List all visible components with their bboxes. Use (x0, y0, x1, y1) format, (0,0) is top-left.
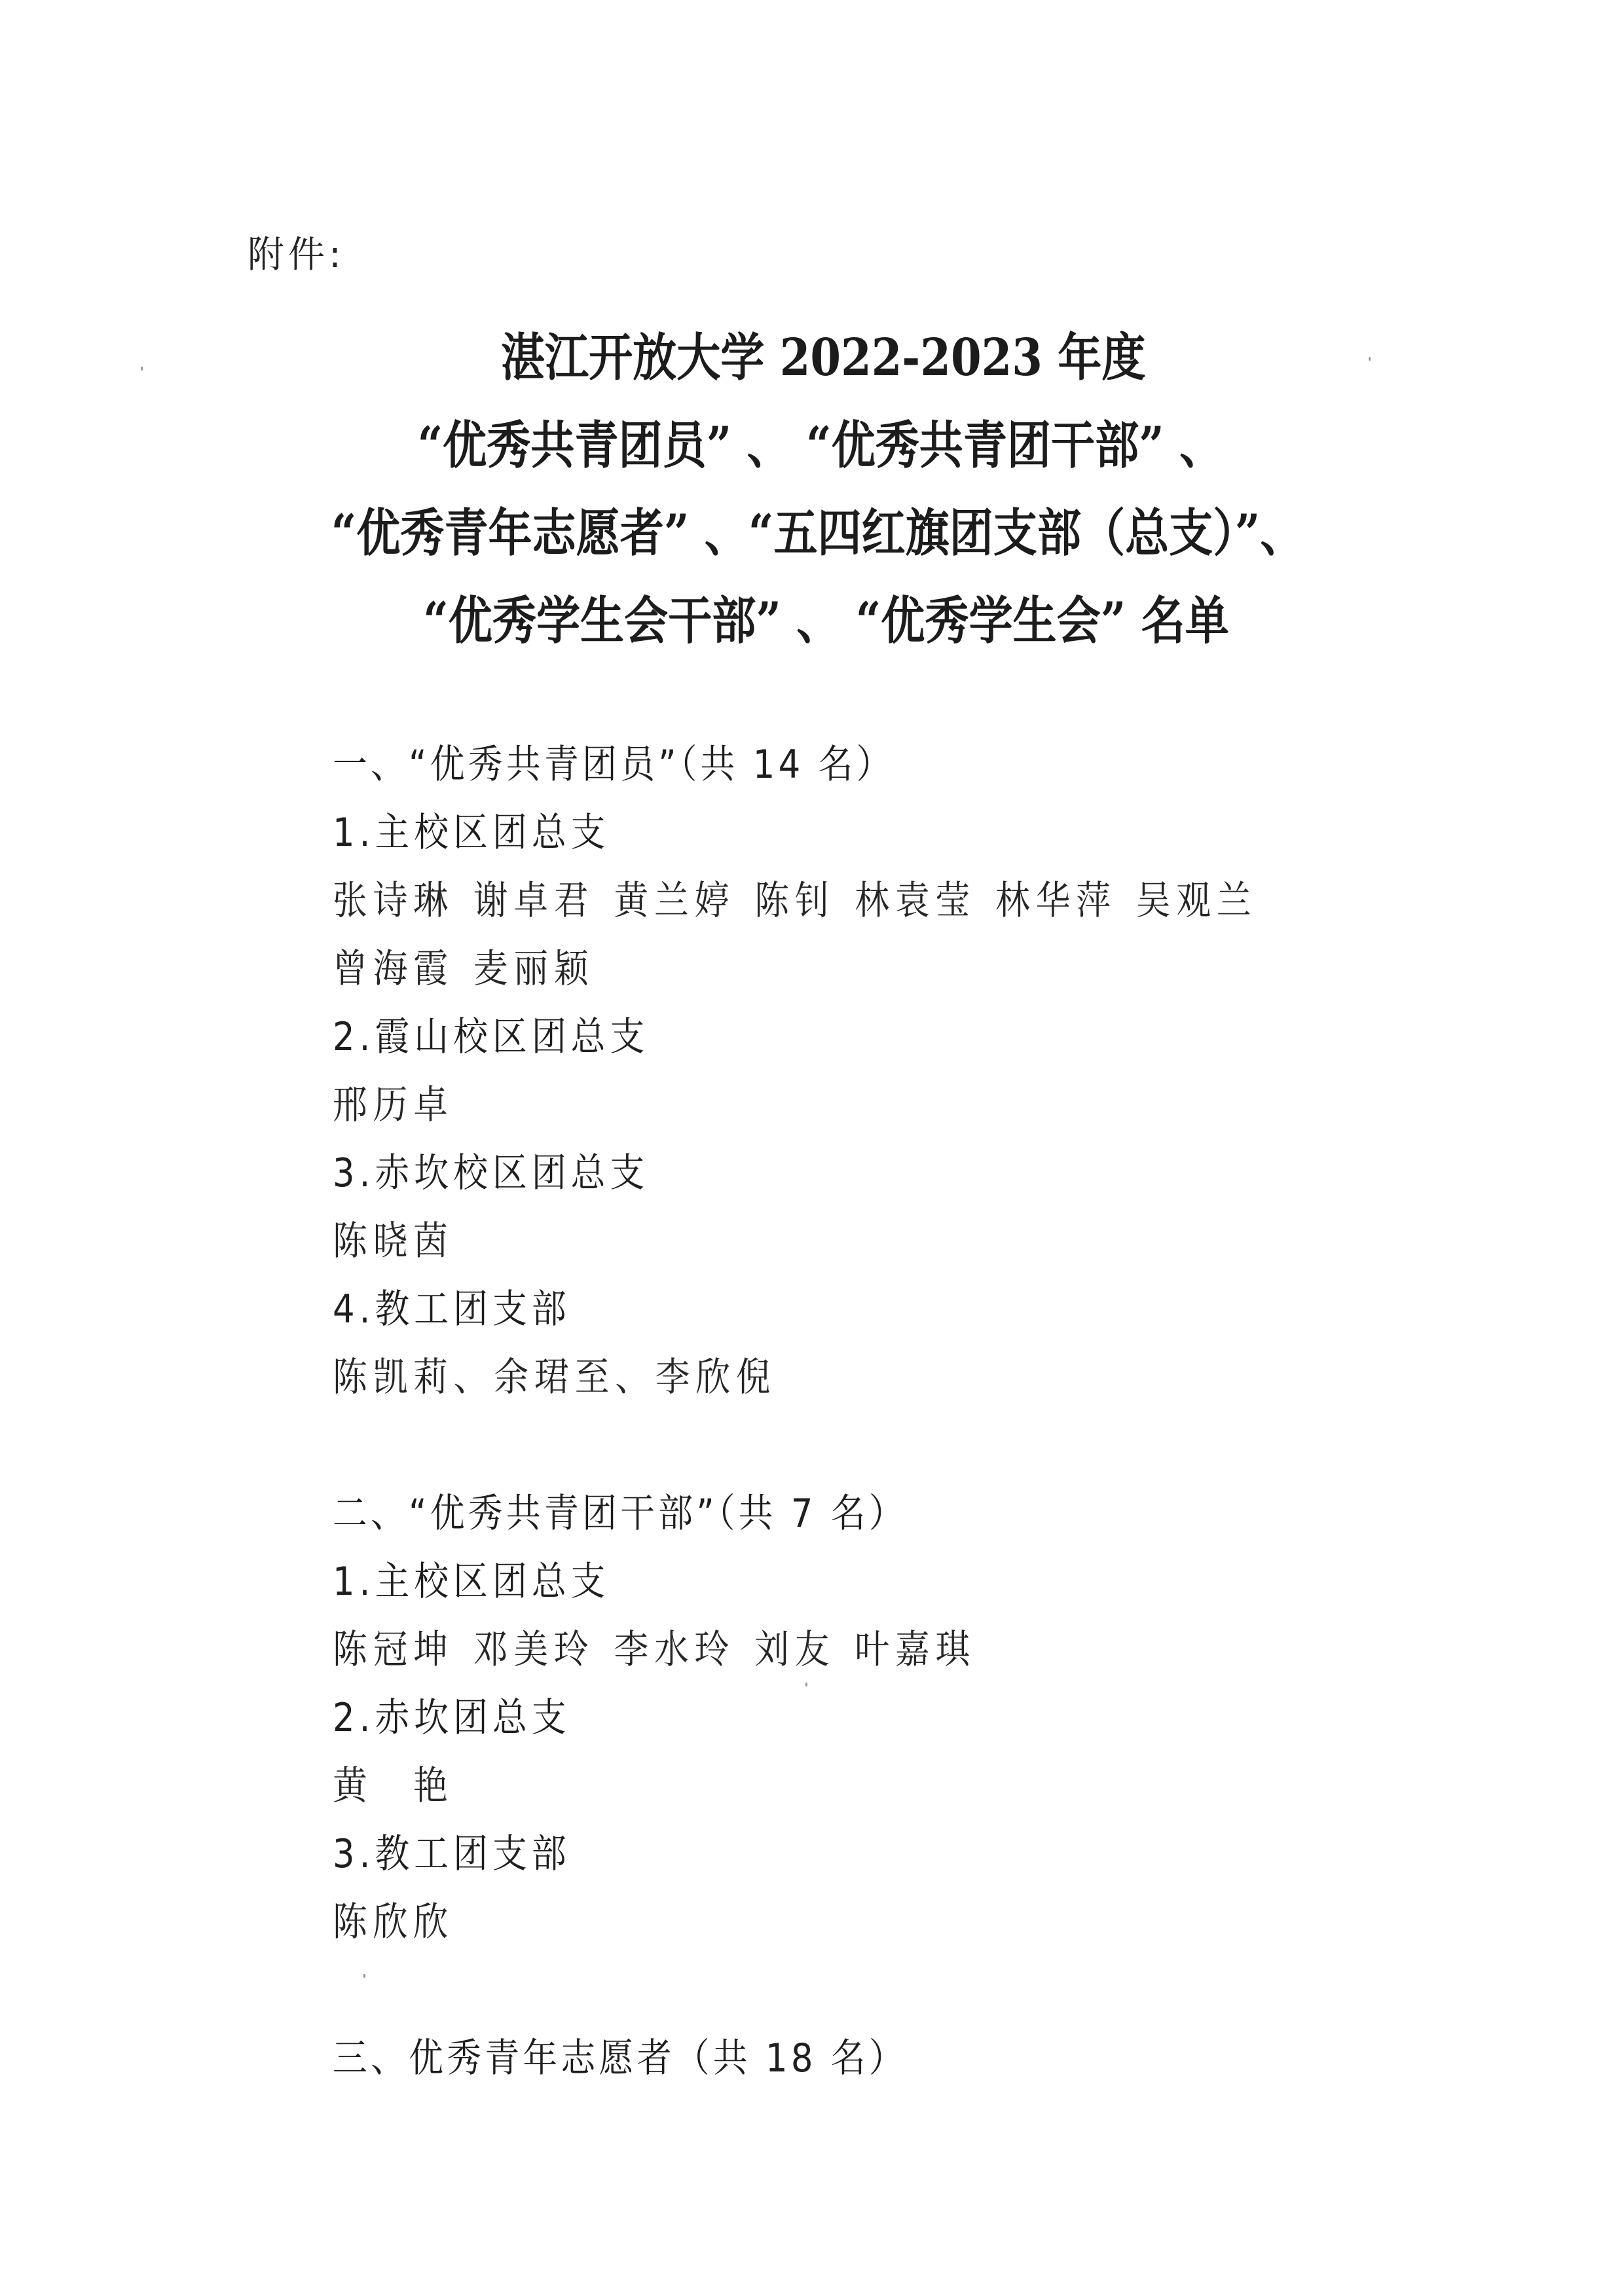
scan-speck (805, 1683, 807, 1686)
person-name: 林华萍 (995, 878, 1116, 924)
section-spacer (333, 1412, 1446, 1480)
person-name: 吴观兰 (1136, 878, 1257, 924)
group-label: 3.教工团支部 (333, 1820, 1312, 1888)
names-line: 曾海霞麦丽颖 (333, 935, 1312, 1003)
document-title: 湛江开放大学 2022-2023 年度 “优秀共青团员” 、 “优秀共青团干部”… (0, 314, 1624, 665)
person-name: 刘友 (754, 1627, 835, 1673)
person-name: 林袁莹 (855, 878, 976, 924)
group-label: 3.赤坎校区团总支 (333, 1139, 1312, 1207)
group-label: 2.赤坎团总支 (333, 1684, 1312, 1752)
person-name: 邢历卓 (333, 1082, 454, 1128)
names-line: 陈晓茵 (333, 1207, 1312, 1275)
title-line-1: 湛江开放大学 2022-2023 年度 (114, 314, 1511, 402)
names-line: 陈冠坤邓美玲李水玲刘友叶嘉琪 (333, 1616, 1312, 1684)
names-line: 黄 艳 (333, 1752, 1312, 1820)
person-name: 陈晓茵 (333, 1218, 454, 1264)
title-line-2: “优秀共青团员” 、 “优秀共青团干部” 、 (114, 402, 1511, 490)
names-line: 邢历卓 (333, 1071, 1312, 1139)
group-label: 2.霞山校区团总支 (333, 1003, 1312, 1071)
person-name: 麦丽颖 (473, 946, 595, 992)
section-heading-3: 三、优秀青年志愿者（共 18 名） (333, 2024, 1312, 2092)
person-name: 陈钊 (754, 878, 835, 924)
scan-speck (141, 367, 143, 371)
section-heading-1: 一、“优秀共青团员”（共 14 名） (333, 731, 1312, 799)
group-label: 4.教工团支部 (333, 1275, 1312, 1343)
person-name: 李水玲 (614, 1627, 735, 1673)
group-label: 1.主校区团总支 (333, 799, 1312, 867)
person-name: 陈欣欣 (333, 1899, 454, 1945)
names-line: 张诗琳谢卓君黄兰婷陈钊林袁莹林华萍吴观兰 (333, 867, 1312, 935)
names-line: 陈欣欣 (333, 1888, 1312, 1956)
group-label: 1.主校区团总支 (333, 1548, 1312, 1616)
person-name: 张诗琳 (333, 878, 454, 924)
section-spacer (333, 1956, 1446, 2024)
document-body: 一、“优秀共青团员”（共 14 名） 1.主校区团总支 张诗琳谢卓君黄兰婷陈钊林… (333, 731, 1446, 2092)
document-page: 附件: 湛江开放大学 2022-2023 年度 “优秀共青团员” 、 “优秀共青… (0, 0, 1624, 2296)
person-name: 曾海霞 (333, 946, 454, 992)
names-line: 陈凯莉、余珺至、李欣倪 (333, 1343, 1312, 1412)
scan-speck (1369, 357, 1371, 361)
title-line-3: “优秀青年志愿者” 、“五四红旗团支部（总支）”、 (114, 490, 1511, 577)
attachment-label: 附件: (248, 230, 345, 280)
person-name: 邓美玲 (473, 1627, 595, 1673)
section-heading-2: 二、“优秀共青团干部”（共 7 名） (333, 1480, 1312, 1548)
person-name: 叶嘉琪 (855, 1627, 976, 1673)
title-line-4: “优秀学生会干部” 、 “优秀学生会” 名单 (114, 577, 1511, 665)
scan-speck (363, 1974, 365, 1978)
person-name: 黄兰婷 (614, 878, 735, 924)
person-name: 谢卓君 (473, 878, 595, 924)
person-name: 陈冠坤 (333, 1627, 454, 1673)
